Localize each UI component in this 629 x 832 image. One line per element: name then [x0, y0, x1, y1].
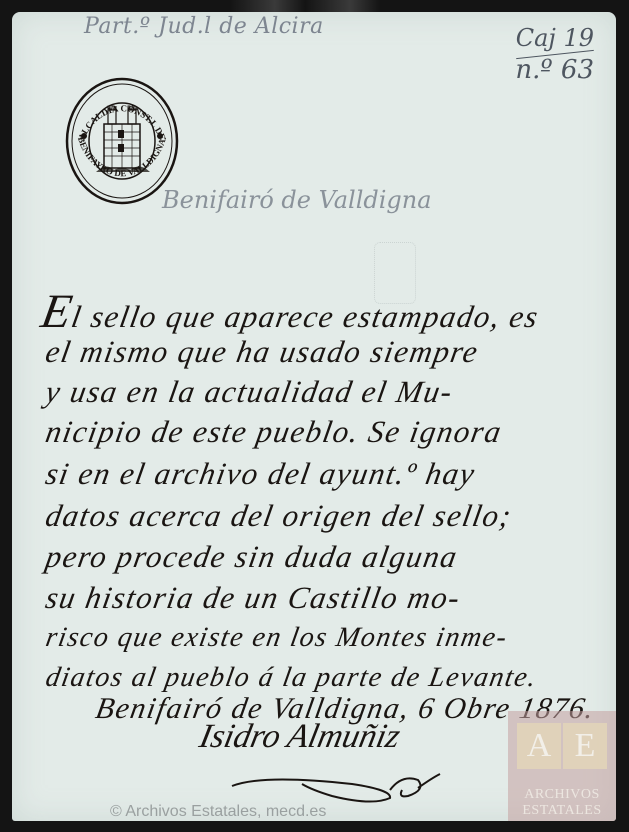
archivos-estatales-logo: A E ARCHIVOS ESTATALES: [508, 711, 616, 821]
signature-flourish-icon: [222, 770, 442, 806]
document-page: Part.º Jud.l de Alcira Caj 19 n.º 63 ALC…: [12, 12, 616, 821]
number-label: n.º 63: [515, 55, 594, 85]
judicial-district-note: Part.º Jud.l de Alcira: [84, 14, 324, 39]
body-line-2: el mismo que ha usado siempre: [43, 334, 482, 370]
logo-letter-e: E: [563, 723, 607, 769]
body-line-7: pero procede sin duda alguna: [43, 539, 461, 575]
copyright-watermark: © Archivos Estatales, mecd.es: [110, 803, 326, 821]
logo-line-1: ARCHIVOS: [512, 787, 612, 803]
body-line-10: diatos al pueblo á la parte de Levante.: [43, 662, 540, 694]
logo-line-2: ESTATALES: [512, 803, 612, 819]
signature: Isidro Almuñiz: [196, 718, 403, 756]
body-line-8: su historia de un Castillo mo-: [43, 580, 464, 616]
body-line-6: datos acerca del origen del sello;: [43, 498, 515, 534]
logo-letter-a: A: [517, 723, 561, 769]
archive-reference: Caj 19 n.º 63: [504, 24, 594, 85]
body-line-3: y usa en la actualidad el Mu-: [43, 374, 456, 410]
body-line-5: si en el archivo del ayunt.º hay: [43, 456, 479, 492]
body-line-4: nicipio de este pueblo. Se ignora: [43, 414, 505, 450]
body-line-9: risco que existe en los Montes inme-: [43, 622, 510, 654]
box-label: Caj 19: [516, 24, 594, 52]
body-line-1: El sello que aparece estampado, es: [37, 284, 544, 339]
place-annotation: Benifairó de Valldigna: [162, 186, 432, 214]
